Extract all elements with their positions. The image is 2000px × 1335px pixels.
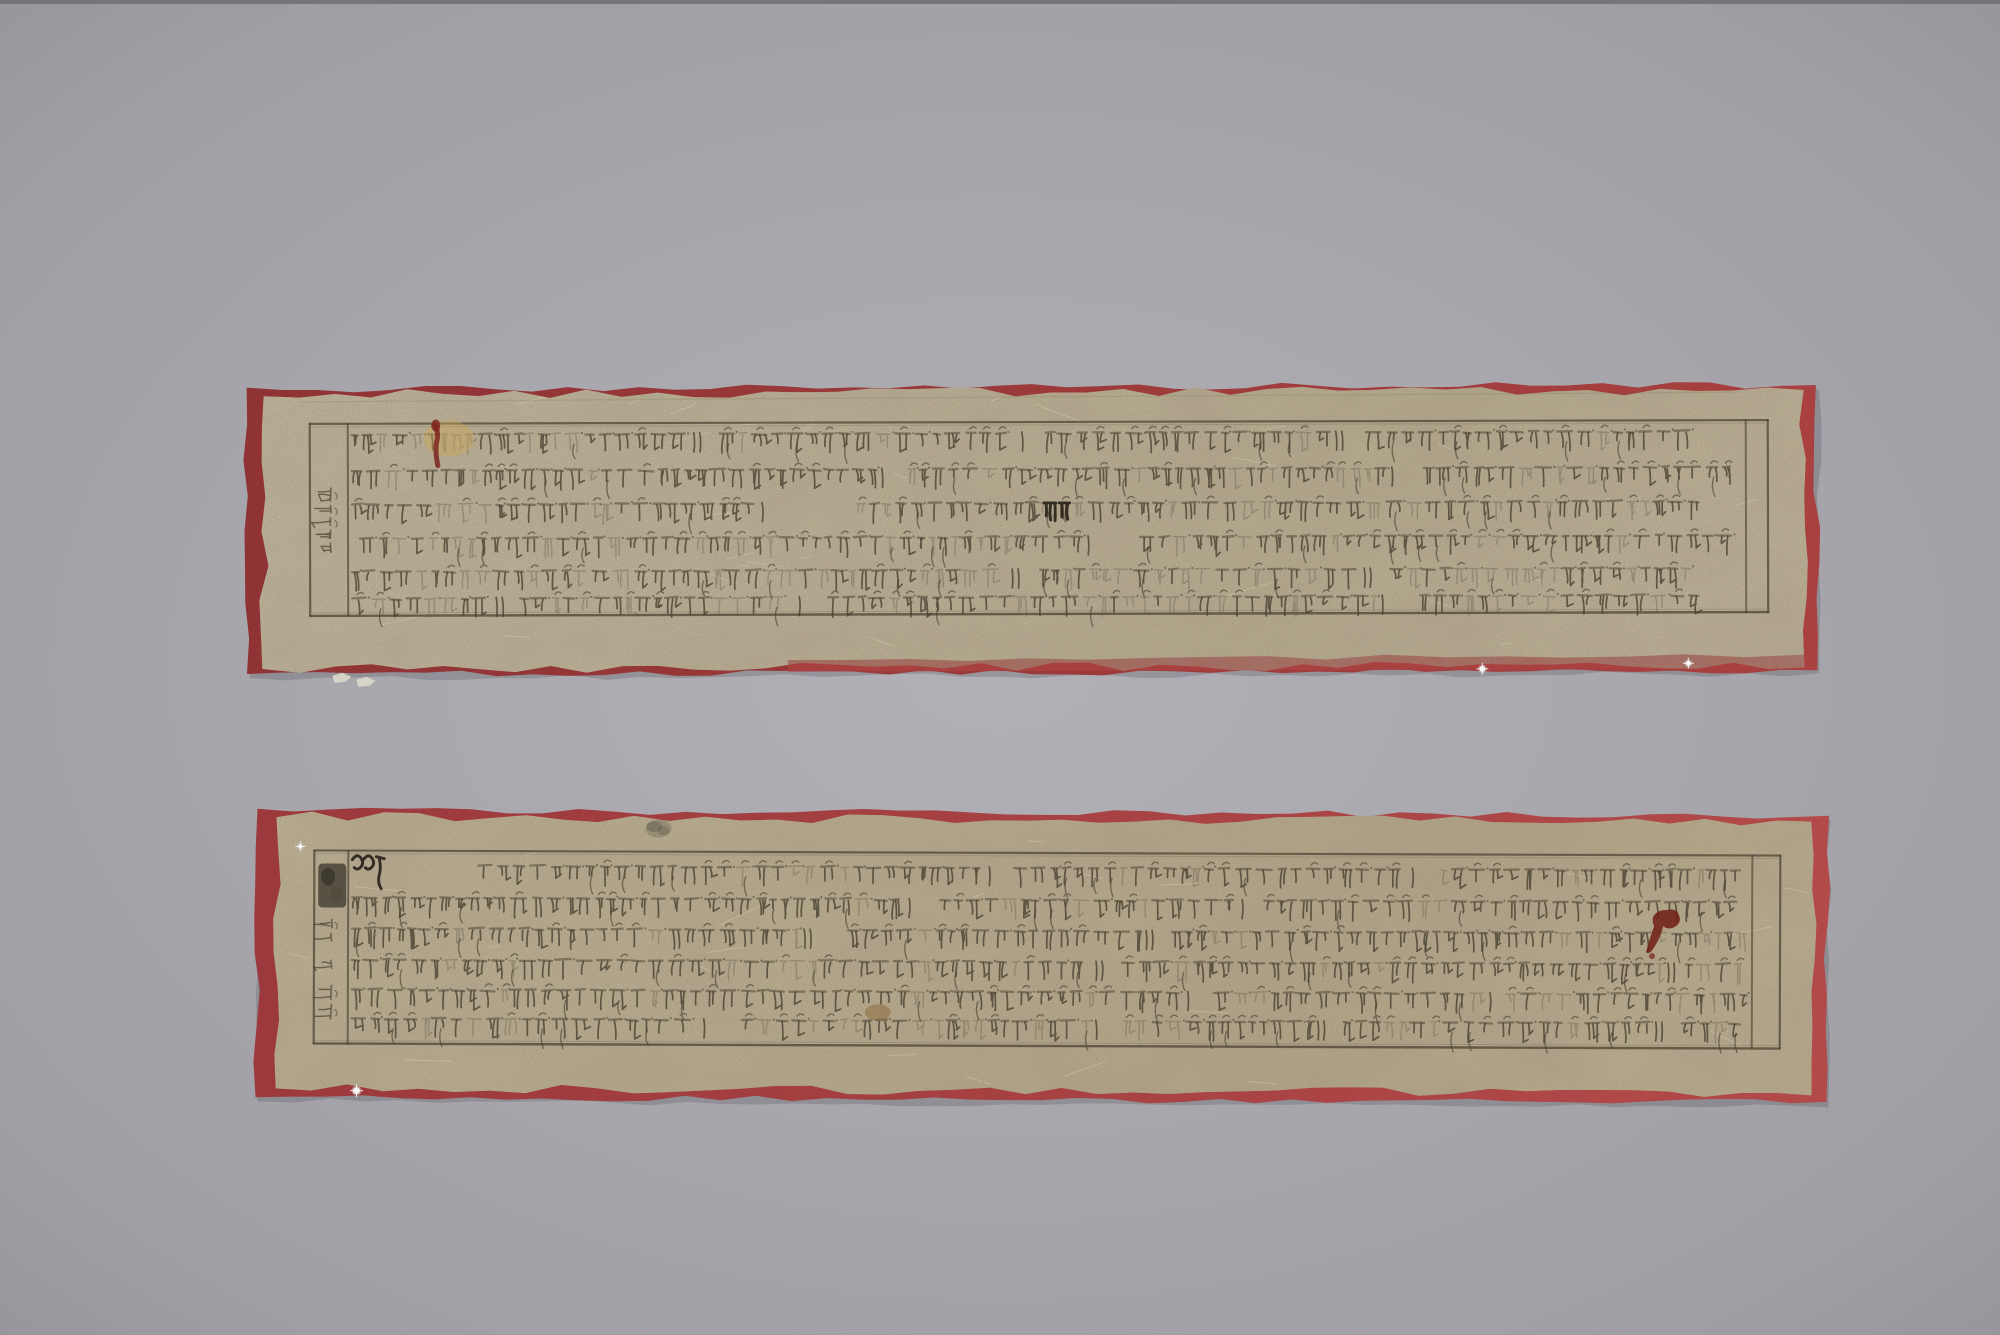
paper-mottling — [260, 386, 1809, 673]
manuscript-leaf-lower — [253, 807, 1831, 1110]
photo-stage — [0, 0, 2000, 1335]
manuscript-leaf-upper — [243, 381, 1822, 687]
backdrop-top-strip — [0, 0, 2000, 4]
stain-red-drip-tail — [436, 426, 438, 466]
manuscript-photo — [0, 0, 2000, 1335]
stain-spot — [865, 1004, 891, 1020]
stain-halo — [424, 420, 474, 456]
